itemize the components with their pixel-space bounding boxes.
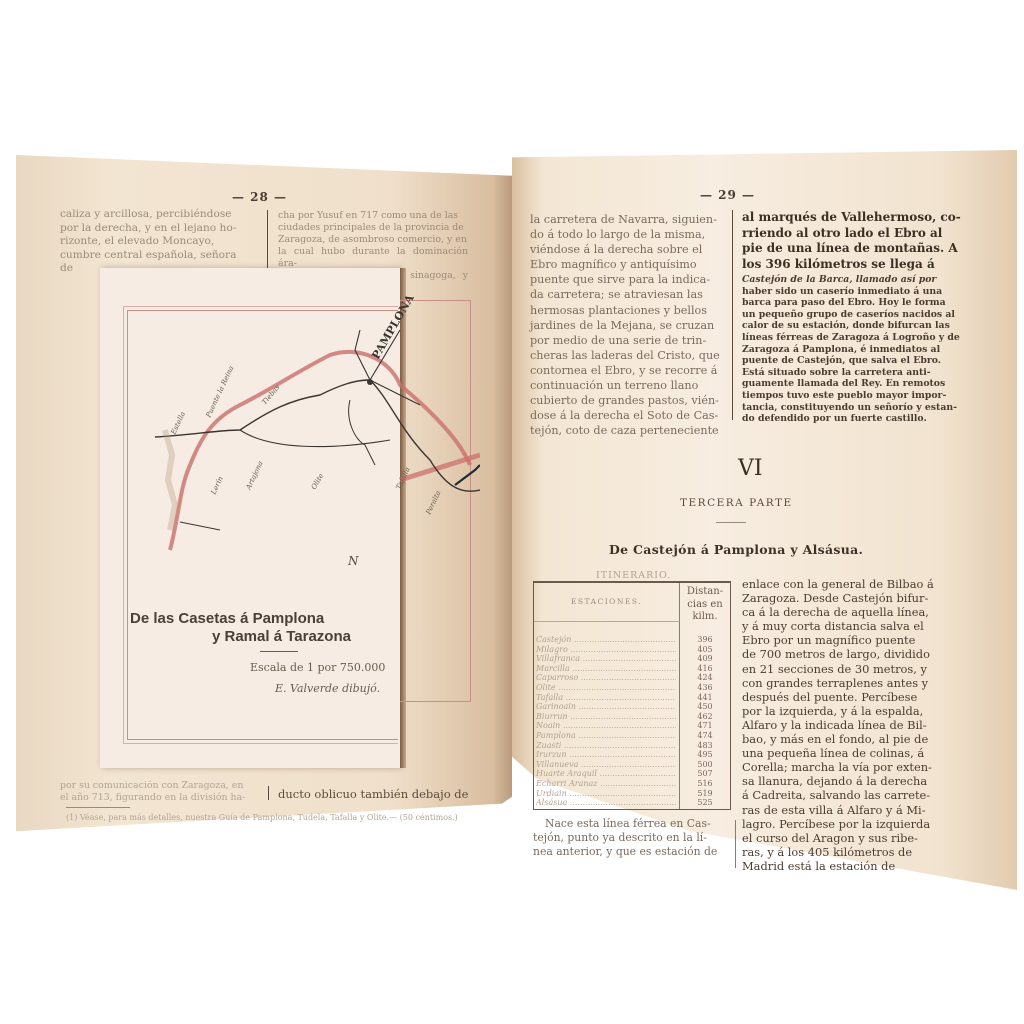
table-row: Echarri Aranaz516	[534, 779, 730, 789]
table-row: Biurrun462	[534, 712, 730, 722]
table-row: Garinoain450	[534, 702, 730, 712]
left-page-column-2-bottom: ducto oblicuo también debajo de	[278, 788, 478, 802]
text-line: tancia, constituyendo un señorío y estan…	[742, 402, 974, 414]
text-line: puente de Castejón, que salva el Ebro.	[742, 355, 974, 367]
station-name: Noain	[536, 721, 676, 731]
svg-text:Olite: Olite	[310, 472, 326, 491]
station-distance: 500	[680, 760, 730, 770]
text-line: con grandes terraplenes antes y	[742, 676, 974, 690]
text-line: en 21 secciones de 30 metros, y	[742, 662, 974, 676]
text-line: Zaragoza, de asombroso comercio, y en	[278, 234, 468, 246]
text-line: nea anterior, y que es estación de	[533, 845, 723, 859]
text-line: dose á la derecha el Soto de Cas-	[530, 408, 726, 423]
text-line: Zaragoza. Desde Castejón bifur-	[742, 591, 974, 605]
text-line: Madrid está la estación de	[742, 859, 974, 873]
station-distance: 507	[680, 769, 730, 779]
station-name: Garinoain	[536, 702, 676, 712]
table-row: Pamplona474	[534, 731, 730, 741]
text-line: rizonte, el elevado Moncayo,	[60, 235, 255, 249]
svg-text:Artajona: Artajona	[244, 460, 265, 492]
text-line: Ebro por un magnífico puente	[742, 633, 974, 647]
table-row: Irurzun495	[534, 750, 730, 760]
station-distance: 424	[680, 673, 730, 683]
table-row: Castejón396	[534, 635, 730, 645]
right-page-column-2: al marqués de Vallehermoso, co- rriendo …	[742, 210, 974, 272]
map-title-line-2: y Ramal á Tarazona	[212, 628, 351, 645]
column-divider	[732, 210, 733, 420]
text-line: puente que sirve para la indica-	[530, 272, 726, 287]
text-line: por la derecha, y en el lejano ho-	[60, 222, 255, 236]
text-line: caliza y arcillosa, percibiéndose	[60, 208, 255, 222]
station-distance: 474	[680, 731, 730, 741]
text-line: cubierto de grandes pastos, vién-	[530, 393, 726, 408]
header-stations: ESTACIONES.	[534, 583, 680, 622]
text-line: Castejón de la Barca, llamado así por	[742, 274, 974, 286]
text-line: el curso del Aragon y sus ribe-	[742, 831, 974, 845]
text-line: continuación un terreno llano	[530, 378, 726, 393]
text-line: hermosas plantaciones y bellos	[530, 303, 726, 318]
column-divider	[735, 820, 736, 868]
text-line: un pequeño grupo de caseríos nacidos al	[742, 309, 974, 321]
station-name: Zuasti	[536, 741, 676, 751]
map-title-rule	[260, 651, 298, 652]
station-name: Tafalla	[536, 693, 676, 703]
station-distance: 495	[680, 750, 730, 760]
text-line: los 396 kilómetros se llega á	[742, 257, 974, 273]
station-distance: 525	[680, 798, 730, 808]
left-page-column-1: caliza y arcillosa, percibiéndose por la…	[60, 208, 255, 276]
text-line: da carretera; se atraviesan las	[530, 287, 726, 302]
itinerary-label: ITINERARIO.	[596, 570, 671, 581]
table-row: Olite436	[534, 683, 730, 693]
table-row: Caparroso424	[534, 673, 730, 683]
table-row: Alsásua525	[534, 798, 730, 808]
text-line: guamente llamada del Rey. En remotos	[742, 378, 974, 390]
station-name: Olite	[536, 683, 676, 693]
table-row: Villanueva500	[534, 760, 730, 770]
text-line: el año 713, figurando en la división ha-	[60, 792, 255, 804]
station-name: Castejón	[536, 635, 676, 645]
right-page-column-4: enlace con la general de Bilbao á Zarago…	[742, 577, 974, 873]
station-distance: 396	[680, 635, 730, 645]
svg-text:Estella: Estella	[169, 410, 187, 436]
station-name: Marcilla	[536, 664, 676, 674]
text-line: enlace con la general de Bilbao á	[742, 577, 974, 591]
station-name: Echarri Aranaz	[536, 779, 676, 789]
text-line: de 700 metros de largo, dividido	[742, 647, 974, 661]
text-line: contornea el Ebro, y se recorre á	[530, 363, 726, 378]
station-distance: 462	[680, 712, 730, 722]
table-row: Huarte Araquil507	[534, 769, 730, 779]
text-line: bao, y más en el fondo, al pie de	[742, 732, 974, 746]
text-line: Alfaro y la indicada línea de Bil-	[742, 718, 974, 732]
table-row: Tafalla441	[534, 693, 730, 703]
table-row: Urdiain519	[534, 789, 730, 799]
text-line: á Cadreita, salvando las carrete-	[742, 788, 974, 802]
text-line: cumbre central española, señora	[60, 249, 255, 263]
text-line: Corella; marcha la vía por exten-	[742, 760, 974, 774]
station-distance: 516	[680, 779, 730, 789]
station-name: Milagro	[536, 645, 676, 655]
part-rule	[716, 522, 746, 523]
text-line: ca á la derecha de aquella línea,	[742, 605, 974, 619]
station-distance: 471	[680, 721, 730, 731]
station-distance: 436	[680, 683, 730, 693]
text-line: haber sido un caserío inmediato á una	[742, 286, 974, 298]
station-name: Huarte Araquil	[536, 769, 676, 779]
footnote-rule	[66, 807, 130, 808]
text-line: barca para paso del Ebro. Hoy le forma	[742, 297, 974, 309]
station-distance: 416	[680, 664, 730, 674]
station-name: Villafranca	[536, 654, 676, 664]
part-label: TERCERA PARTE	[680, 497, 793, 509]
text-line: por la izquierda, y á la espalda,	[742, 704, 974, 718]
station-distance: 409	[680, 654, 730, 664]
station-distance: 483	[680, 741, 730, 751]
text-line: calor de su estación, donde bifurcan las	[742, 320, 974, 332]
text-line: Nace esta línea férrea en Cas-	[533, 817, 723, 831]
page-number-29: — 29 —	[700, 188, 755, 202]
right-page-column-3: Nace esta línea férrea en Cas- tejón, pu…	[533, 817, 723, 859]
map-author: E. Valverde dibujó.	[275, 682, 380, 695]
text-line: Zaragoza á Pamplona, é inmediatos al	[742, 344, 974, 356]
page-number-28: — 28 —	[232, 190, 287, 204]
text-line: por su comunicación con Zaragoza, en	[60, 780, 255, 792]
text-line: tiempos tuvo este pueblo mayor impor-	[742, 390, 974, 402]
text-line: al marqués de Vallehermoso, co-	[742, 210, 974, 226]
text-line: la carretera de Navarra, siguien-	[530, 212, 726, 227]
station-distance: 405	[680, 645, 730, 655]
text-line: Está situado sobre la carretera anti-	[742, 367, 974, 379]
right-page-column-2-small: Castejón de la Barca, llamado así por ha…	[742, 274, 974, 425]
station-name: Villanueva	[536, 760, 676, 770]
table-row: Marcilla416	[534, 664, 730, 674]
text-line: rriendo al otro lado el Ebro al	[742, 226, 974, 242]
text-line: por medio de una serie de trin-	[530, 333, 726, 348]
station-name: Pamplona	[536, 731, 676, 741]
station-distance: 441	[680, 693, 730, 703]
station-distance: 519	[680, 789, 730, 799]
table-row: Milagro405	[534, 645, 730, 655]
text-line: sa llanura, dejando á la derecha	[742, 774, 974, 788]
svg-text:Lerín: Lerín	[209, 475, 225, 497]
text-line: tejón, coto de caza perteneciente	[530, 423, 726, 438]
text-line: ciudades principales de la provincia de	[278, 222, 468, 234]
text-line: ras de esta villa á Alfaro y á Mi-	[742, 803, 974, 817]
left-page-column-1-bottom: por su comunicación con Zaragoza, en el …	[60, 780, 255, 804]
right-page-column-1: la carretera de Navarra, siguien- do á t…	[530, 212, 726, 438]
column-divider	[268, 786, 269, 800]
station-name: Caparroso	[536, 673, 676, 683]
text-line: ras, y á los 405 kilómetros de	[742, 845, 974, 859]
text-line: Ebro magnífico y antiquísimo	[530, 257, 726, 272]
text-line: jardines de la Mejana, se cruzan	[530, 318, 726, 333]
table-row: Noain471	[534, 721, 730, 731]
text-line: viéndose á la derecha sobre el	[530, 242, 726, 257]
column-divider	[267, 210, 268, 270]
text-line: do á todo lo largo de la misma,	[530, 227, 726, 242]
text-line: líneas férreas de Zaragoza á Logroño y d…	[742, 332, 974, 344]
station-name: Urdiain	[536, 789, 676, 799]
svg-text:Peralta: Peralta	[424, 490, 442, 517]
station-name: Alsásua	[536, 798, 676, 808]
text-line: cha por Yusuf en 717 como una de las	[278, 210, 468, 222]
table-row: Zuasti483	[534, 741, 730, 751]
map-title-line-1: De las Casetas á Pamplona	[130, 610, 324, 627]
text-line: pie de una línea de montañas. A	[742, 241, 974, 257]
map-scale: Escala de 1 por 750.000	[250, 661, 385, 674]
text-line: cheras las laderas del Cristo, que	[530, 348, 726, 363]
station-distance: 450	[680, 702, 730, 712]
station-name: Irurzun	[536, 750, 676, 760]
north-mark: N	[347, 554, 359, 568]
station-name: Biurrun	[536, 712, 676, 722]
chapter-number: VI	[738, 456, 763, 481]
map-label-pamplona: PAMPLONA	[369, 292, 417, 362]
header-distance: Distan- cias en kilm.	[680, 583, 730, 638]
text-line: y á muy corta distancia salva el	[742, 619, 974, 633]
text-line: tejón, punto ya descrito en la lí-	[533, 831, 723, 845]
text-line: después del puente. Percíbese	[742, 690, 974, 704]
itinerary-rows: Castejón396Milagro405Villafranca409Marci…	[534, 635, 730, 808]
text-line: lagro. Percíbese por la izquierda	[742, 817, 974, 831]
text-line: la cual hubo durante la dominación ára-	[278, 246, 468, 270]
itinerary-table: ESTACIONES. Distan- cias en kilm. Castej…	[533, 581, 731, 810]
text-line: do defendido por un fuerte castillo.	[742, 413, 974, 425]
table-row: Villafranca409	[534, 654, 730, 664]
text-line: una pequeña línea de colinas, á	[742, 746, 974, 760]
section-title: De Castejón á Pamplona y Alsásua.	[609, 542, 863, 557]
footnote: (1) Véase, para más detalles, nuestra Gu…	[66, 813, 466, 823]
railway-map-illustration: PAMPLONA N Estella Puente la Reina Tieba…	[100, 290, 480, 590]
